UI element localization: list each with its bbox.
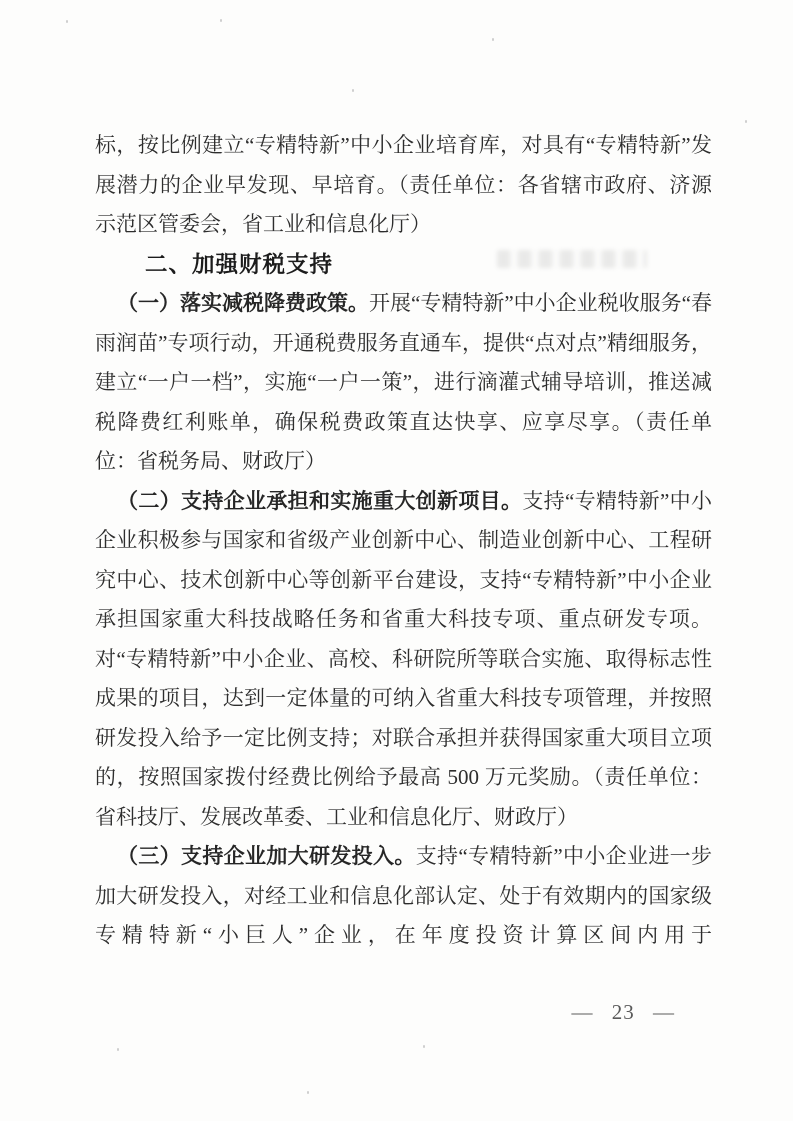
scan-speck [423,1045,425,1048]
paragraph-item-1: （一）落实减税降费政策。开展“专精特新”中小企业税收服务“春雨润苗”专项行动，开… [95,284,712,482]
paragraph-item-2: （二）支持企业承担和实施重大创新项目。支持“专精特新”中小企业积极参与国家和省级… [95,482,712,838]
scan-speck [66,20,68,23]
paragraph-text: 支持“专精特新”中小企业积极参与国家和省级产业创新中心、制造业创新中心、工程研究… [95,489,712,829]
scan-speck [492,38,494,41]
scan-speck [745,120,747,123]
document-page: 标，按比例建立“专精特新”中小企业培育库，对具有“专精特新”发展潜力的企业早发现… [0,0,793,1121]
scan-speck [117,1048,119,1051]
page-content: 标，按比例建立“专精特新”中小企业培育库，对具有“专精特新”发展潜力的企业早发现… [95,126,712,956]
paragraph-lead: （三）支持企业加大研发投入。 [117,844,416,868]
paragraph-continuation: 标，按比例建立“专精特新”中小企业培育库，对具有“专精特新”发展潜力的企业早发现… [95,126,712,245]
scan-speck [220,19,222,22]
paragraph-text: 开展“专精特新”中小企业税收服务“春雨润苗”专项行动，开通税费服务直通车，提供“… [95,291,712,473]
page-number: — 23 — [572,999,676,1025]
section-heading: 二、加强财税支持 [95,245,712,285]
paragraph-item-3: （三）支持企业加大研发投入。支持“专精特新”中小企业进一步加大研发投入，对经工业… [95,837,712,956]
paragraph-lead: （一）落实减税降费政策。 [117,291,369,315]
scan-speck [307,1091,309,1094]
scan-speck [352,89,354,92]
paragraph-lead: （二）支持企业承担和实施重大创新项目。 [117,489,522,513]
